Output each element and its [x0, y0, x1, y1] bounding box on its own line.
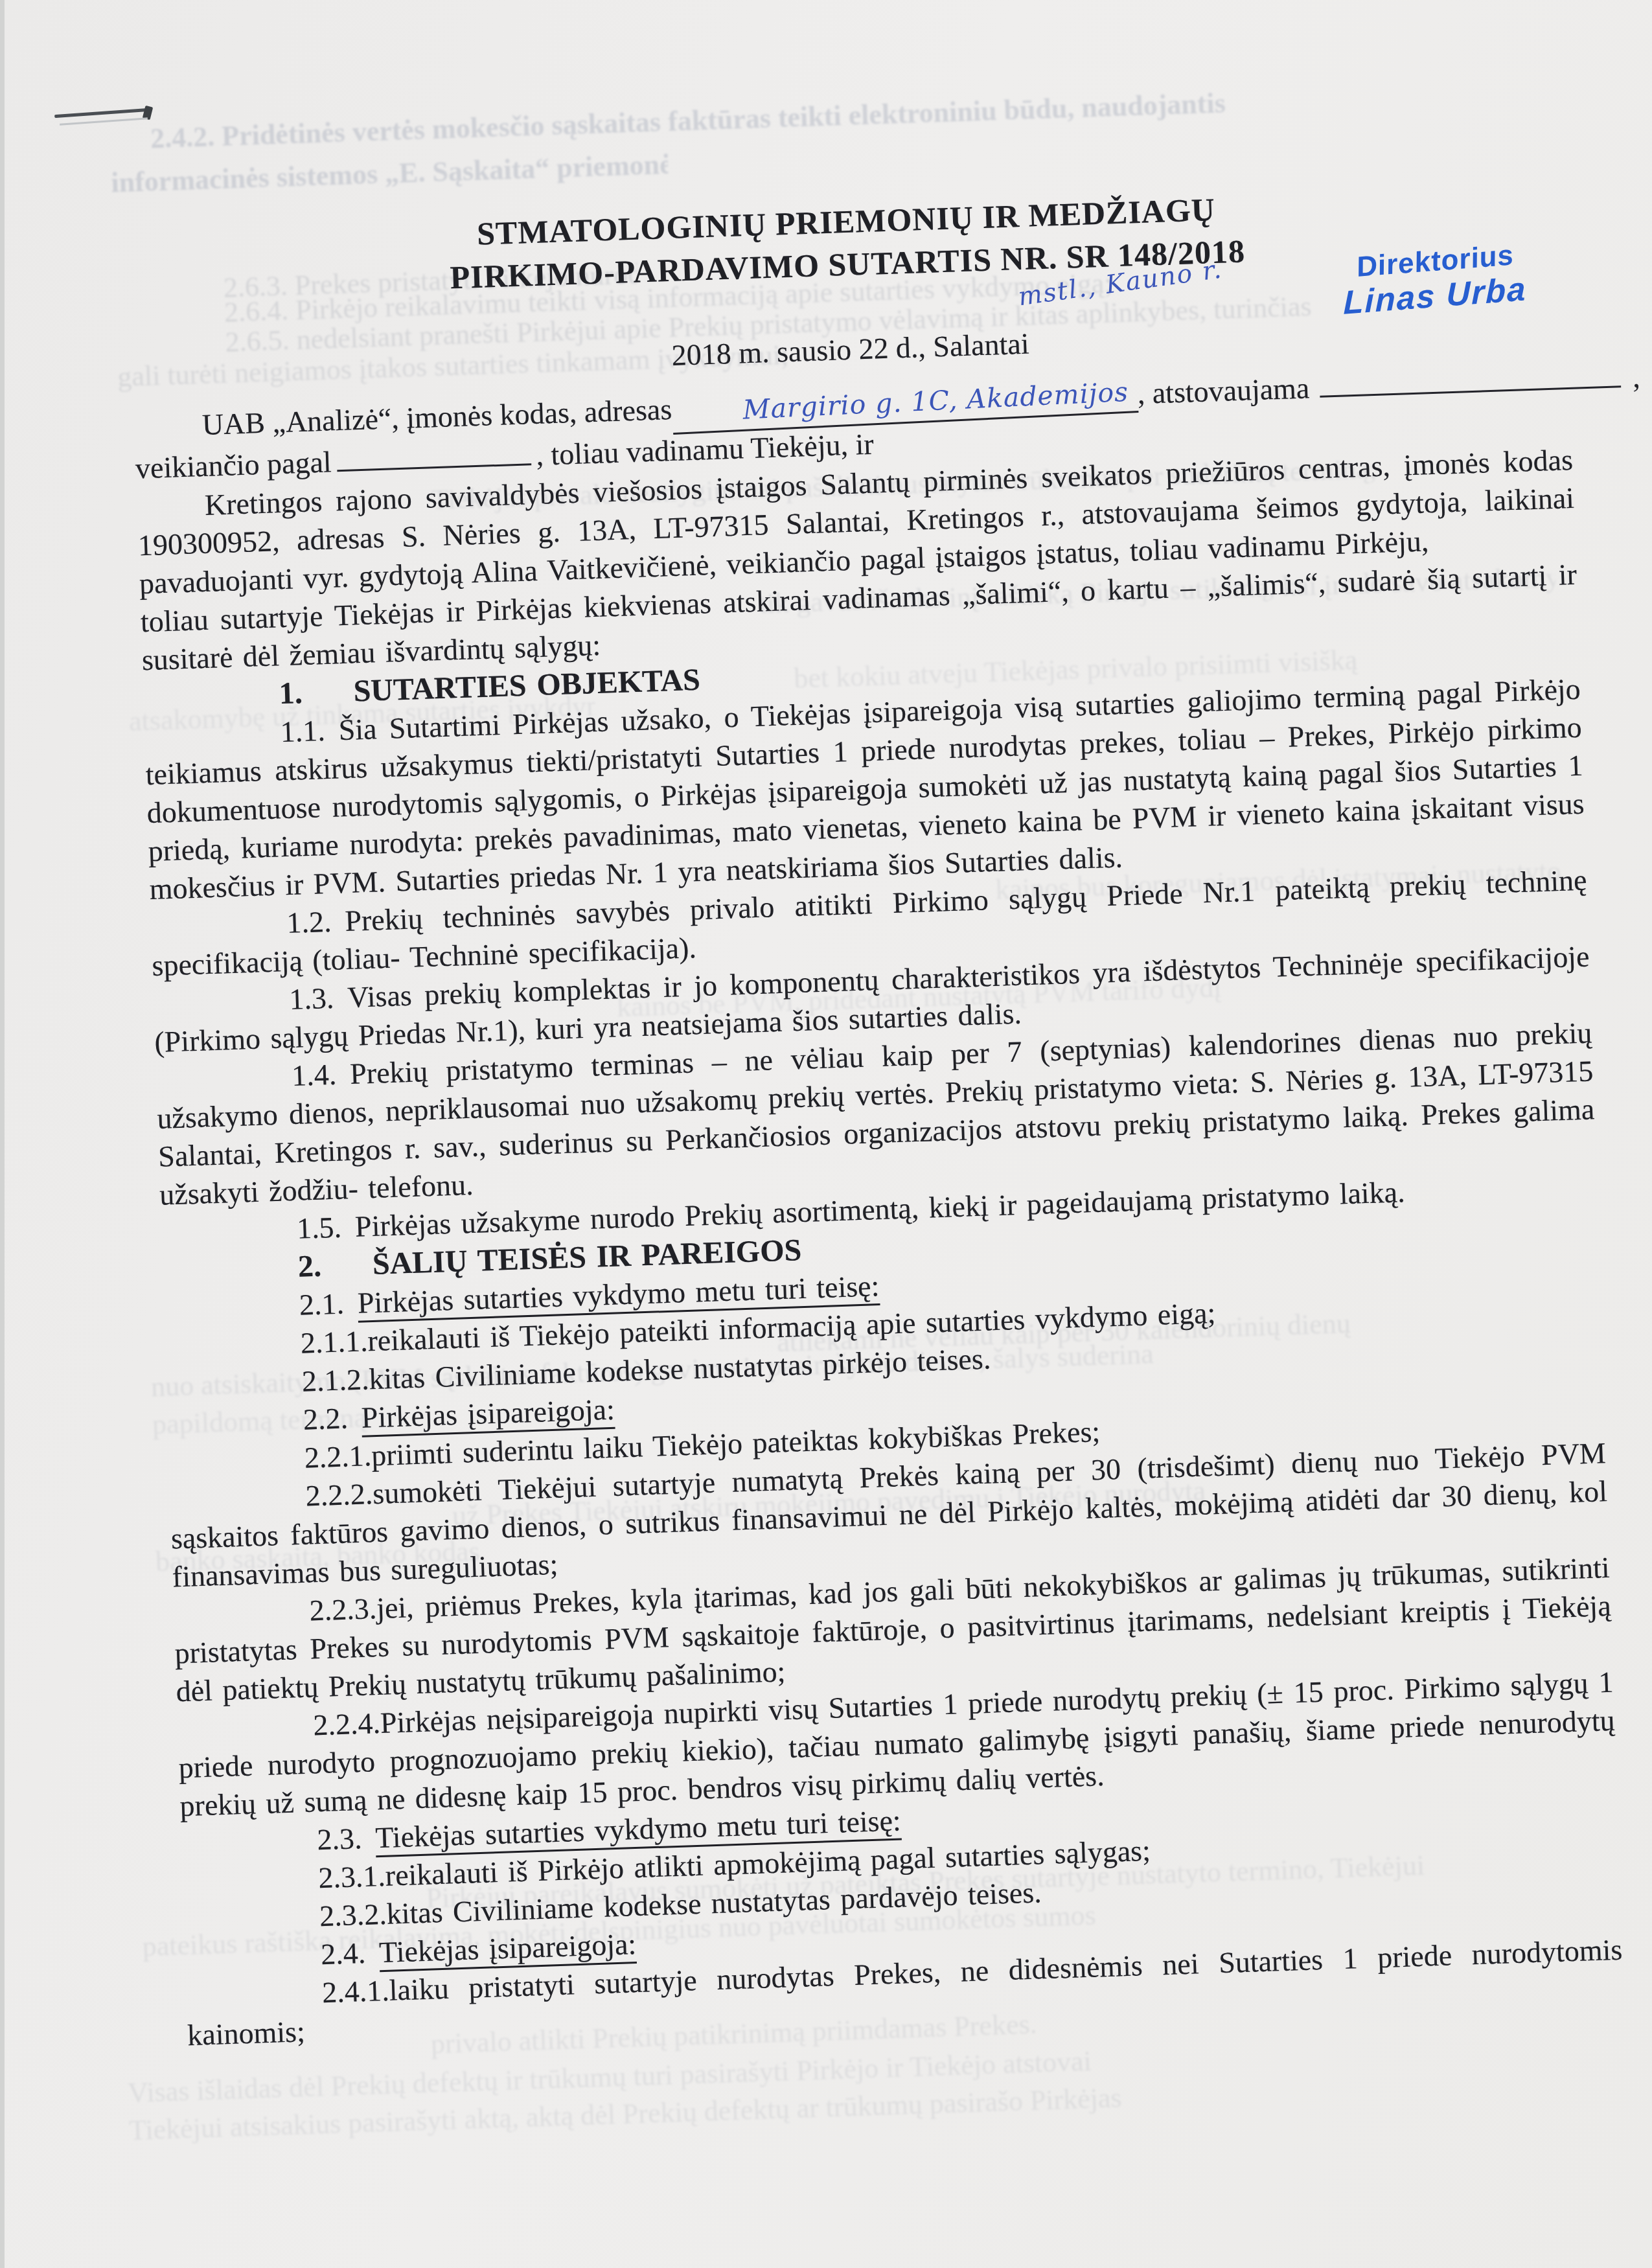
item-number: 2.1.: [231, 1284, 358, 1326]
bleedthrough-text: 2.4.2. Pridėtinės vertės mokesčio sąskai…: [150, 76, 1524, 155]
item-number: 1.3.: [220, 978, 348, 1020]
item-number: 2.: [229, 1245, 373, 1288]
blank-representative-line: [1319, 358, 1621, 397]
item-number: 1.2.: [218, 902, 346, 944]
item-number: 2.2.: [235, 1399, 362, 1441]
item-number: 1.5.: [228, 1208, 356, 1250]
item-number: 2.1.2.: [233, 1360, 369, 1403]
item-number: 2.2.3.: [241, 1589, 377, 1632]
contract-title: STMATOLOGINIŲ PRIEMONIŲ IR MEDŽIAGŲ PIRK…: [128, 176, 1566, 309]
item-number: 2.1.1.: [232, 1322, 368, 1364]
item-number: 2.3.1.: [249, 1857, 385, 1899]
scan-edge-shadow: [0, 0, 5, 2268]
item-number: 1.1.: [212, 711, 339, 753]
trailing-comma: ,: [1632, 360, 1640, 393]
tilted-page-content: 2.4.2. Pridėtinės vertės mokesčio sąskai…: [0, 0, 1652, 2267]
item-number: 2.4.: [252, 1933, 380, 1975]
item-number: 1.: [211, 672, 354, 715]
contract-body: 1.SUTARTIES OBJEKTAS1.1.Šia Sutartimi Pi…: [143, 632, 1624, 2054]
item-number: 1.4.: [223, 1055, 350, 1097]
represented-by-text: , atstovaujama: [1137, 371, 1310, 410]
item-number: 2.3.: [249, 1818, 376, 1861]
acting-under-text: veikiančio pagal: [135, 445, 332, 485]
bleedthrough-text: informacinės sistemos „E. Sąskaita“ prie…: [111, 148, 669, 199]
item-number: 2.2.1.: [236, 1436, 372, 1479]
item-number: 2.3.2.: [251, 1895, 387, 1938]
contract-text: STMATOLOGINIŲ PRIEMONIŲ IR MEDŽIAGŲ PIRK…: [128, 176, 1625, 2054]
item-number: 2.2.4.: [245, 1704, 381, 1747]
scanned-contract-page: 2.4.2. Pridėtinės vertės mokesčio sąskai…: [0, 0, 1652, 2268]
blank-basis-line: [336, 436, 531, 472]
item-number: 2.2.2.: [237, 1474, 373, 1517]
item-number: 2.4.1.: [253, 1971, 389, 2014]
